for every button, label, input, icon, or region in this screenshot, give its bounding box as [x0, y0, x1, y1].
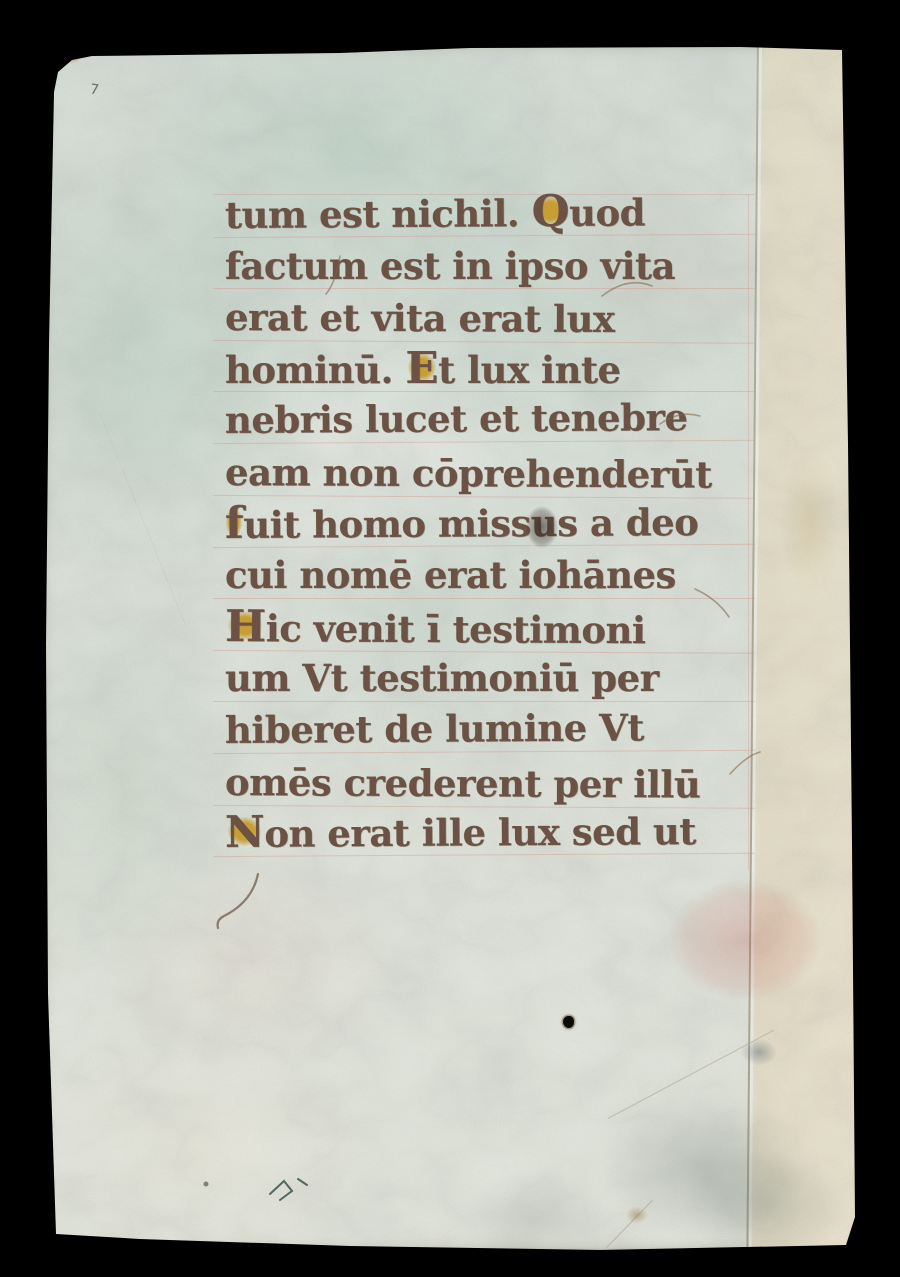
text-segment: ic venit ī testimoni: [266, 606, 646, 652]
gold-touched-initial: H: [225, 605, 266, 649]
manuscript-text-line: omēs crederent per illū: [225, 760, 737, 814]
text-segment: factum est in ipso vita: [225, 244, 675, 288]
manuscript-text-line: nebris lucet et tenebre: [225, 395, 737, 450]
gold-touched-initial: f: [225, 501, 244, 545]
text-block: tum est nichil. Quodfactum est in ipso v…: [225, 192, 737, 863]
faint-crease-line: [100, 414, 187, 628]
gold-touched-initial: Q: [531, 190, 569, 234]
wormhole: [563, 1016, 574, 1028]
text-segment: eam non cōprehenderūt: [225, 450, 712, 497]
manuscript-text-line: um Vt testimoniū per: [225, 656, 737, 708]
ink-scribble-mark: [264, 1174, 314, 1206]
diagonal-crease-line: [608, 1030, 775, 1120]
manuscript-text-line: fuit homo missus a deo: [225, 498, 737, 553]
brown-spot: [626, 1206, 648, 1224]
diagonal-crease-line: [606, 1200, 653, 1249]
text-segment: hiberet de lumine Vt: [225, 705, 644, 752]
grey-stain: [600, 1090, 810, 1240]
manuscript-text-line: hominū. Et lux inte: [225, 347, 737, 399]
red-ruling-vertical-line: [748, 194, 749, 870]
manuscript-text-line: eam non cōprehenderūt: [225, 450, 737, 504]
manuscript-text-line: hiberet de lumine Vt: [225, 705, 737, 760]
orange-corner-mark: [60, 50, 82, 64]
gold-touched-initial: N: [225, 811, 265, 855]
text-segment: hominū.: [225, 348, 405, 392]
manuscript-text-line: factum est in ipso vita: [225, 244, 737, 296]
grey-stain: [680, 1150, 850, 1260]
text-segment: tum est nichil.: [225, 191, 532, 237]
folio-number-pencil: 7: [89, 81, 100, 98]
grey-stain: [460, 1170, 610, 1270]
text-segment: omēs crederent per illū: [225, 760, 701, 806]
manuscript-text-line: erat et vita erat lux: [225, 295, 737, 349]
fold-crease-strip: [746, 38, 867, 1259]
text-segment: nebris lucet et tenebre: [225, 396, 688, 443]
text-segment: um Vt testimoniū per: [225, 656, 659, 700]
text-segment: uit homo missus a deo: [243, 500, 698, 547]
text-segment: uod: [569, 190, 645, 234]
manuscript-text-line: tum est nichil. Quod: [225, 189, 737, 244]
manuscript-leaf: 7 tum est nichil. Quodfactum est in ipso…: [40, 44, 856, 1250]
text-segment: erat et vita erat lux: [225, 295, 615, 341]
grey-blue-smudge: [740, 1038, 778, 1066]
photo-background: { "photo": { "background_color": "#00000…: [0, 0, 900, 1277]
gold-touched-initial: E: [405, 347, 438, 391]
manuscript-text-line: cui nomē erat iohānes: [225, 553, 737, 605]
text-segment: t lux inte: [438, 348, 620, 392]
manuscript-text-line: Non erat ille lux sed ut: [225, 808, 737, 863]
tan-stain: [780, 444, 840, 604]
manuscript-text-line: Hic venit ī testimoni: [225, 605, 737, 659]
text-segment: on erat ille lux sed ut: [264, 809, 696, 856]
text-segment: cui nomē erat iohānes: [225, 553, 676, 597]
red-pigment-stain: [670, 880, 820, 1000]
